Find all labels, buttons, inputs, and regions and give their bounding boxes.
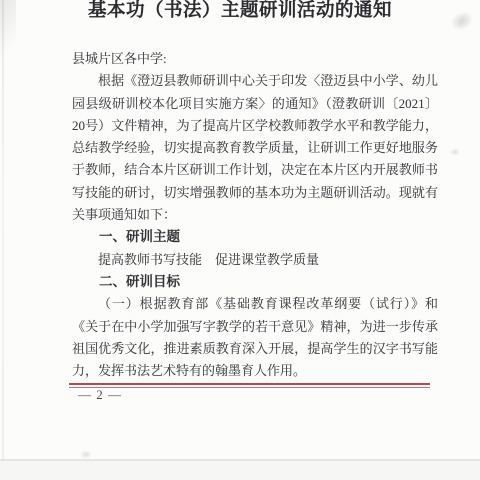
page-number: — 2 —	[78, 387, 122, 403]
document-body: 县城片区各中学: 根据《澄迈县教师研训中心关于印发〈澄迈县中小学、幼儿园县级研训…	[72, 48, 438, 382]
training-theme-line: 提高教师书写技能 促进课堂教学质量	[72, 249, 438, 271]
red-double-rule	[69, 383, 430, 388]
scan-left-edge-line	[2, 0, 4, 480]
paragraph-intro: 根据《澄迈县教师研训中心关于印发〈澄迈县中小学、幼儿园县级研训校本化项目实施方案…	[72, 70, 438, 226]
scan-corner-shadow	[0, 0, 16, 70]
document-title: 基本功（书法）主题研训活动的通知	[0, 0, 480, 26]
section-heading-topic: 一、研训主题	[72, 226, 438, 248]
paragraph-goals: （一）根据教育部《基础教育课程改革纲要（试行）》和《关于在中小学加强写字教学的若…	[72, 293, 438, 382]
scanned-notice-page: 基本功（书法）主题研训活动的通知 县城片区各中学: 根据《澄迈县教师研训中心关于…	[0, 0, 480, 480]
scan-smudge	[80, 450, 92, 459]
section-heading-goals: 二、研训目标	[72, 271, 438, 293]
scan-bottom-strip	[0, 461, 480, 480]
scan-smudge	[450, 148, 460, 156]
salutation-line: 县城片区各中学:	[72, 48, 438, 70]
